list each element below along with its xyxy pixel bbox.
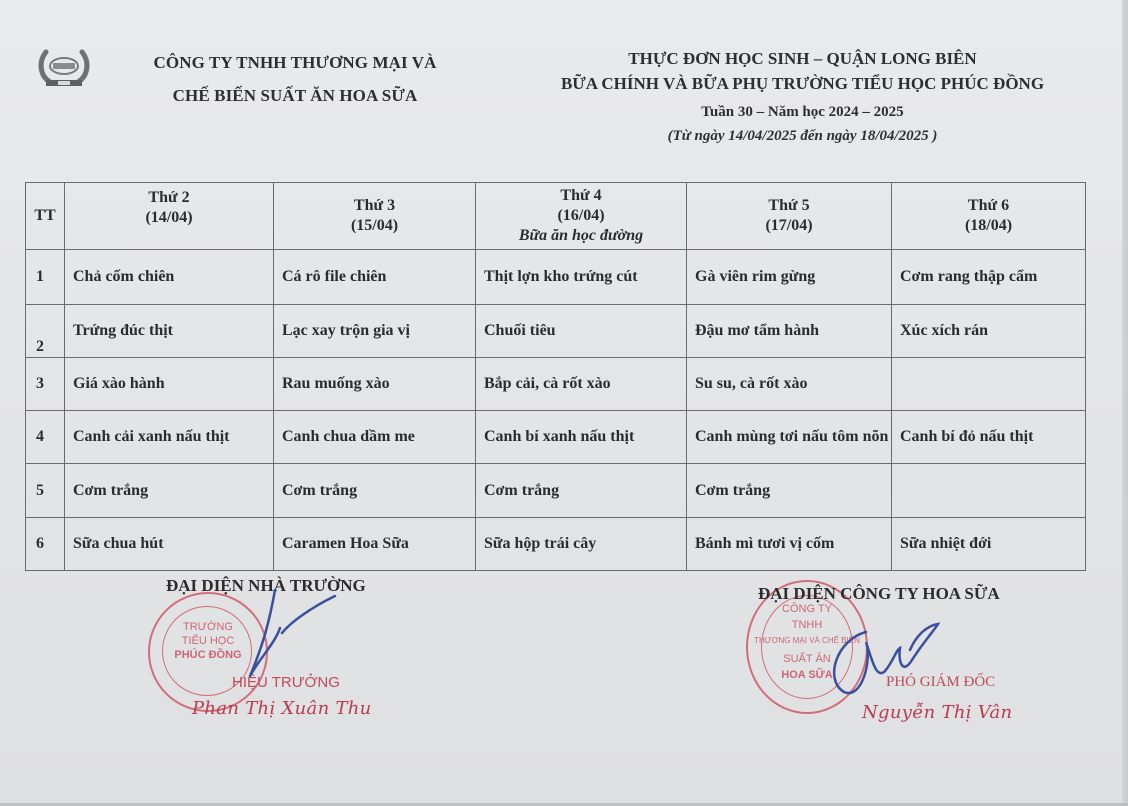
menu-cell: Đậu mơ tẩm hành xyxy=(687,305,892,358)
menu-cell: Canh chua dầm me xyxy=(274,411,476,464)
menu-cell: Cơm trắng xyxy=(274,464,476,518)
company-name-line1: CÔNG TY TNHH THƯƠNG MẠI VÀ xyxy=(130,46,460,79)
company-signer-name: Nguyễn Thị Vân xyxy=(862,702,1012,723)
column-header-day: Thứ 3(15/04) xyxy=(274,183,476,250)
menu-cell: Thịt lợn kho trứng cút xyxy=(476,250,687,305)
menu-cell: Su su, cà rốt xào xyxy=(687,358,892,411)
week-line: Tuần 30 – Năm học 2024 – 2025 xyxy=(545,98,1060,126)
column-header-day: Thứ 2(14/04) xyxy=(65,183,274,250)
date-label: (14/04) xyxy=(145,209,192,226)
menu-cell: Bánh mì tươi vị cốm xyxy=(687,518,892,571)
date-label: (18/04) xyxy=(965,217,1012,234)
menu-cell: Cơm trắng xyxy=(65,464,274,518)
paper-edge xyxy=(1122,0,1128,806)
column-header-index: TT xyxy=(26,183,65,250)
table-row: 6 Sữa chua hút Caramen Hoa Sữa Sữa hộp t… xyxy=(26,518,1086,571)
stamp-text: CÔNG TY xyxy=(748,602,866,616)
menu-cell: Sữa hộp trái cây xyxy=(476,518,687,571)
row-index: 6 xyxy=(26,518,65,571)
day-label: Thứ 6 xyxy=(968,197,1009,214)
table-header-row: TT Thứ 2(14/04) Thứ 3(15/04) Thứ 4(16/04… xyxy=(26,183,1086,250)
menu-cell: Cá rô file chiên xyxy=(274,250,476,305)
row-index: 3 xyxy=(26,358,65,411)
menu-cell: Giá xào hành xyxy=(65,358,274,411)
menu-header: THỰC ĐƠN HỌC SINH – QUẬN LONG BIÊN BỮA C… xyxy=(545,46,1060,146)
company-signature-title: ĐẠI DIỆN CÔNG TY HOA SỮA xyxy=(758,584,1000,604)
table-row: 2 Trứng đúc thịt Lạc xay trộn gia vị Chu… xyxy=(26,305,1086,358)
day-label: Thứ 2 xyxy=(148,189,189,206)
column-header-day: Thứ 6(18/04) xyxy=(892,183,1086,250)
menu-cell: Cơm trắng xyxy=(476,464,687,518)
menu-cell: Chuối tiêu xyxy=(476,305,687,358)
row-index: 1 xyxy=(26,250,65,305)
column-header-day: Thứ 4(16/04)Bữa ăn học đường xyxy=(476,183,687,250)
menu-cell: Canh bí xanh nấu thịt xyxy=(476,411,687,464)
column-header-day: Thứ 5(17/04) xyxy=(687,183,892,250)
table-body: 1 Chả cốm chiên Cá rô file chiên Thịt lợ… xyxy=(26,250,1086,571)
menu-cell: Xúc xích rán xyxy=(892,305,1086,358)
date-label: (16/04) xyxy=(557,207,604,224)
table-row: 1 Chả cốm chiên Cá rô file chiên Thịt lợ… xyxy=(26,250,1086,305)
menu-cell: Rau muống xào xyxy=(274,358,476,411)
menu-cell: Lạc xay trộn gia vị xyxy=(274,305,476,358)
menu-cell: Canh bí đỏ nấu thịt xyxy=(892,411,1086,464)
menu-cell: Trứng đúc thịt xyxy=(65,305,274,358)
date-label: (15/04) xyxy=(351,217,398,234)
company-name: CÔNG TY TNHH THƯƠNG MẠI VÀ CHẾ BIẾN SUẤT… xyxy=(130,46,460,112)
menu-cell: Canh cải xanh nấu thịt xyxy=(65,411,274,464)
menu-cell: Cơm rang thập cẩm xyxy=(892,250,1086,305)
day-label: Thứ 4 xyxy=(560,187,601,204)
menu-title: THỰC ĐƠN HỌC SINH – QUẬN LONG BIÊN xyxy=(545,46,1060,71)
company-name-line2: CHẾ BIẾN SUẤT ĂN HOA SỮA xyxy=(130,79,460,112)
menu-subtitle: BỮA CHÍNH VÀ BỮA PHỤ TRƯỜNG TIỂU HỌC PHÚ… xyxy=(545,71,1060,96)
menu-cell: Chả cốm chiên xyxy=(65,250,274,305)
menu-cell xyxy=(892,358,1086,411)
table-row: 5 Cơm trắng Cơm trắng Cơm trắng Cơm trắn… xyxy=(26,464,1086,518)
table-row: 4 Canh cải xanh nấu thịt Canh chua dầm m… xyxy=(26,411,1086,464)
date-range: (Từ ngày 14/04/2025 đến ngày 18/04/2025 … xyxy=(545,126,1060,146)
menu-cell: Sữa chua hút xyxy=(65,518,274,571)
menu-cell xyxy=(892,464,1086,518)
laurel-wreath-logo-icon xyxy=(36,44,92,90)
school-signer-name: Phan Thị Xuân Thu xyxy=(192,698,372,719)
row-index: 2 xyxy=(26,305,65,358)
day-label: Thứ 3 xyxy=(354,197,395,214)
menu-cell: Sữa nhiệt đới xyxy=(892,518,1086,571)
menu-cell: Cơm trắng xyxy=(687,464,892,518)
row-index: 4 xyxy=(26,411,65,464)
handwritten-signature-icon xyxy=(826,620,946,700)
date-label: (17/04) xyxy=(765,217,812,234)
day-note: Bữa ăn học đường xyxy=(476,226,686,246)
menu-cell: Bắp cải, cà rốt xào xyxy=(476,358,687,411)
row-index: 5 xyxy=(26,464,65,518)
menu-cell: Canh mùng tơi nấu tôm nõn xyxy=(687,411,892,464)
table-row: 3 Giá xào hành Rau muống xào Bắp cải, cà… xyxy=(26,358,1086,411)
menu-cell: Gà viên rim gừng xyxy=(687,250,892,305)
weekly-menu-table: TT Thứ 2(14/04) Thứ 3(15/04) Thứ 4(16/04… xyxy=(25,182,1086,571)
day-label: Thứ 5 xyxy=(768,197,809,214)
menu-cell: Caramen Hoa Sữa xyxy=(274,518,476,571)
handwritten-signature-icon xyxy=(220,588,340,688)
